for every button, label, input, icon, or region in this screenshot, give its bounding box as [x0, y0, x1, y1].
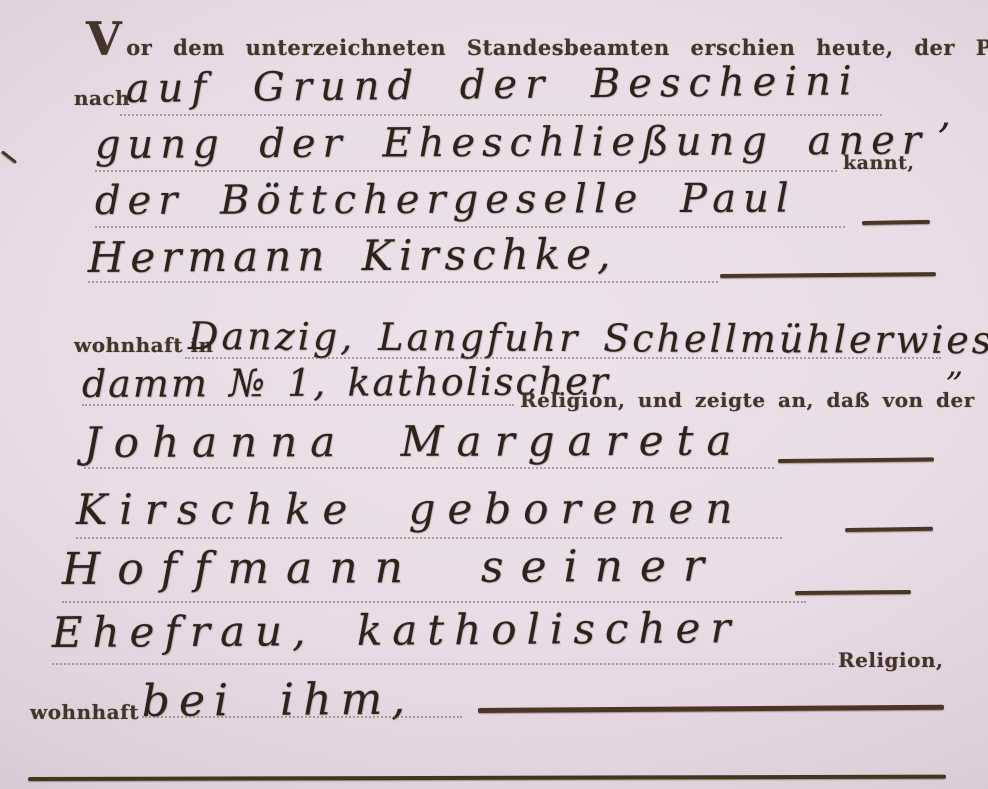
printed-header-line: V or dem unterzeichneten Standesbeamten …	[86, 16, 988, 62]
handwritten-line-ehefrau-katholisch: Ehefrau, katholischer	[52, 603, 741, 657]
handwritten-line-hoffmann-seiner: Hoffmann seiner	[62, 541, 721, 595]
ruled-dotted-line	[84, 467, 774, 469]
handwritten-line-kirschke-geborenen: Kirschke geborenen	[76, 484, 745, 534]
handwritten-line-hermann-kirschke: Hermann Kirschke,	[88, 229, 617, 282]
printed-religion-clause: Religion, und zeigte an, daß von der	[520, 388, 975, 412]
ink-flourish-comma: ,	[938, 88, 951, 137]
hand-drawn-filler-line	[845, 527, 933, 532]
ruled-dotted-line	[76, 537, 782, 539]
handwritten-line-danzig-address: Danzig, Langfuhr Schellmühlerwiesen	[188, 314, 988, 362]
ruled-dotted-line	[95, 226, 845, 228]
printed-header-text: or dem unterzeichneten Standesbeamten er…	[126, 35, 988, 60]
bottom-form-rule	[28, 775, 946, 781]
handwritten-line-eheschliessung: gung der Eheschließung aner	[95, 118, 928, 168]
handwritten-line-boettchergeselle: der Böttchergeselle Paul	[95, 176, 796, 224]
stray-ink-mark	[1, 150, 17, 163]
hand-drawn-filler-line	[478, 705, 944, 713]
ruled-dotted-line	[52, 663, 834, 665]
ruled-dotted-line	[95, 170, 837, 172]
hand-drawn-filler-line	[720, 272, 936, 278]
printed-nach-label: nach	[74, 86, 130, 110]
handwritten-line-bei-ihm: bei ihm,	[142, 674, 415, 727]
fraktur-initial-v: V	[86, 16, 122, 62]
printed-religion-label: Religion,	[838, 648, 943, 672]
hand-drawn-filler-line	[862, 220, 930, 225]
ruled-dotted-line	[88, 281, 718, 283]
hand-drawn-filler-line	[778, 457, 934, 463]
hand-drawn-filler-line	[795, 590, 911, 595]
printed-kannt-suffix: kannt,	[843, 152, 915, 174]
document-scan: V or dem unterzeichneten Standesbeamten …	[0, 0, 988, 789]
handwritten-line-johanna-margareta: Johanna Margareta	[84, 416, 745, 467]
ruled-dotted-line	[82, 404, 514, 406]
hyphenation-mark: „	[946, 344, 964, 384]
handwritten-line-bescheini: auf Grund der Bescheini	[126, 58, 860, 112]
printed-wohnhaft-label: wohnhaft	[30, 700, 139, 724]
ruled-dotted-line	[142, 716, 462, 718]
ruled-dotted-line	[120, 114, 882, 116]
